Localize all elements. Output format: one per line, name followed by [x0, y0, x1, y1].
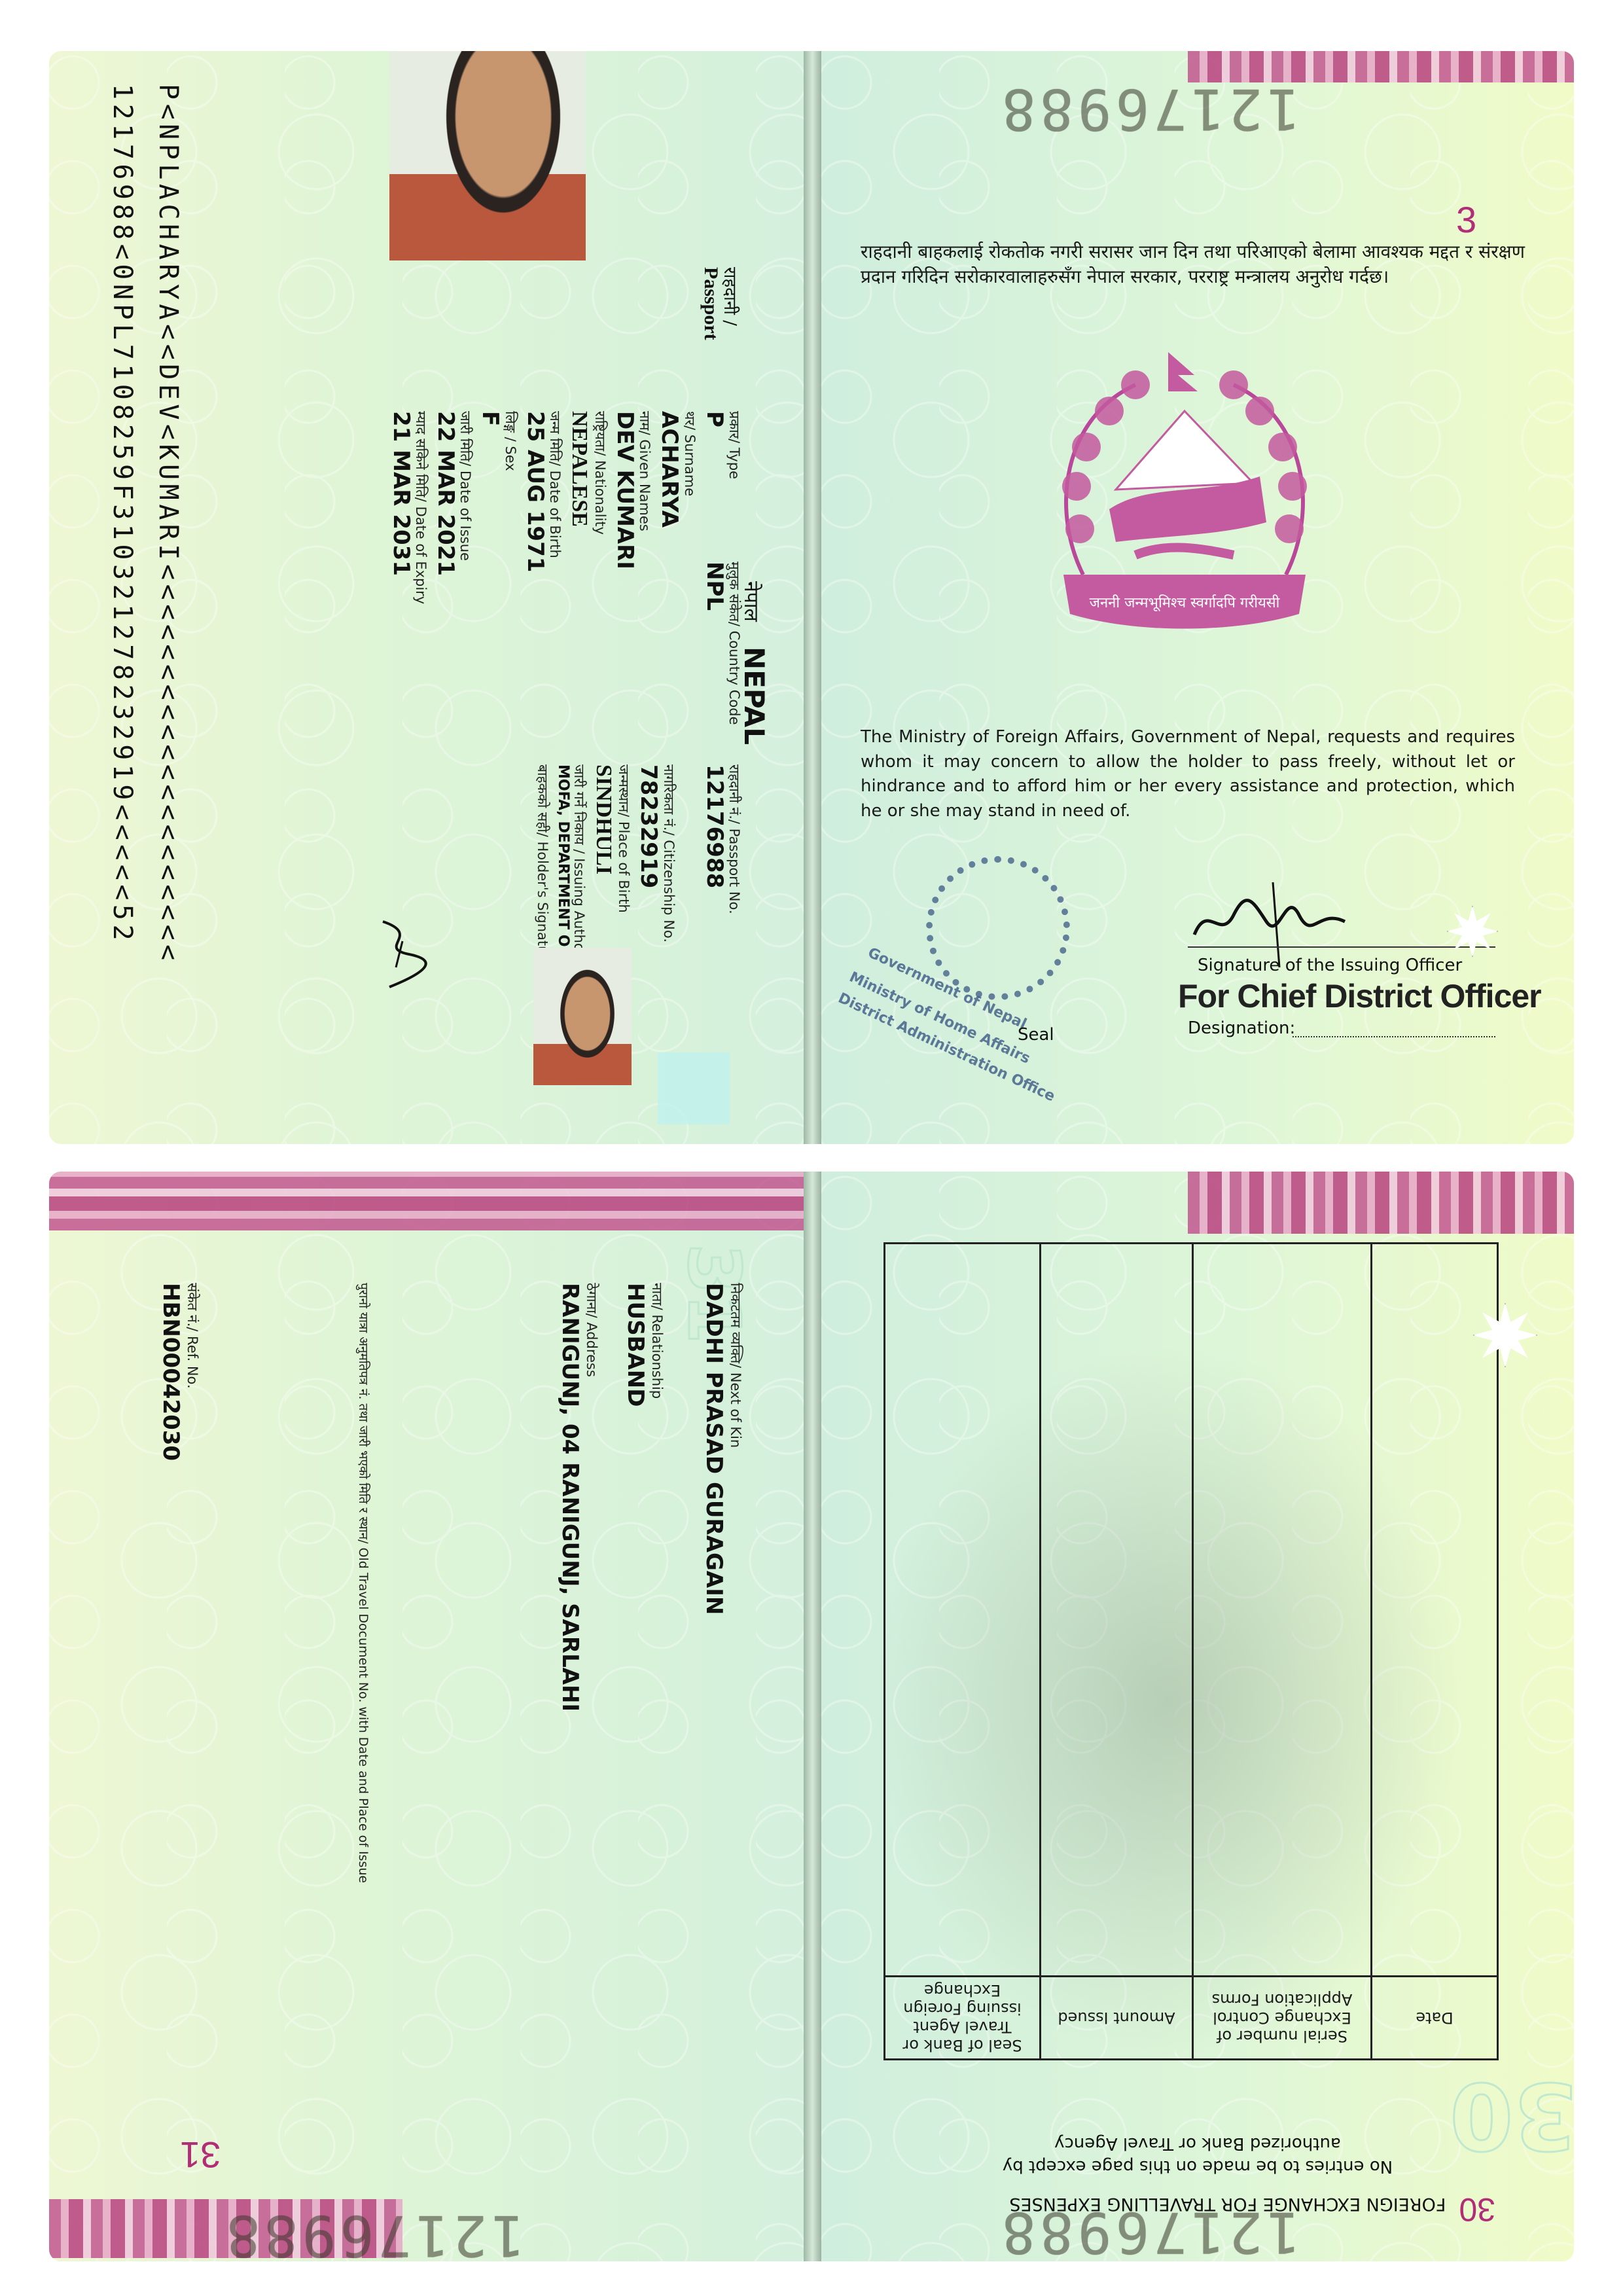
- page-31-content: 31 निकटतम व्यक्ति/ Next of Kin DADHI PRA…: [69, 1230, 776, 2251]
- sex-value: F: [478, 411, 502, 725]
- serial-number-cell[interactable]: [1193, 1244, 1372, 1977]
- col-serial-number: Serial number of Exchange Control Applic…: [1193, 1977, 1372, 2060]
- emblem-motto: जननी जन्मभूमिश्च स्वर्गादपि गरीयसी: [1090, 594, 1280, 612]
- signature-label: Signature of the Issuing Officer: [1198, 956, 1462, 975]
- foreign-exchange-table: Date Serial number of Exchange Control A…: [883, 1242, 1499, 2060]
- national-emblem: जननी जन्मभूमिश्च स्वर्गादपि गरीयसी: [1037, 339, 1332, 640]
- english-request-text: The Ministry of Foreign Affairs, Governm…: [861, 725, 1515, 824]
- ornamental-border: [49, 1172, 807, 1230]
- hologram-flag: [658, 1052, 730, 1124]
- given-names-label: नाम/ Given Names: [637, 411, 652, 725]
- given-names-value: DEV KUMARI: [613, 411, 637, 725]
- expiry-date-label: म्याद सकिने मिति/ Date of Expiry: [413, 411, 428, 725]
- perforated-serial: 12176988: [223, 2202, 525, 2261]
- ref-no-value: HBN00042030: [158, 1283, 183, 1461]
- relationship-label: नाता/ Relationship: [649, 1283, 664, 1399]
- amount-cell[interactable]: [1041, 1244, 1193, 1977]
- entry-notice: No entries to be made on this page excep…: [959, 2132, 1436, 2178]
- next-of-kin-label: निकटतम व्यक्ति/ Next of Kin: [728, 1283, 743, 1448]
- page-3: 12176988 3 राहदानी बाहकलाई रोकतोक नगरी स…: [821, 51, 1574, 1144]
- designation-stamp: For Chief District Officer: [1178, 977, 1541, 1015]
- sex-label: लिङ्ग / Sex: [502, 411, 517, 725]
- holder-signature: [370, 915, 429, 994]
- nationality-label: राष्ट्रियता/ Nationality: [592, 411, 607, 725]
- designation-line: [1293, 1036, 1495, 1037]
- bio-data-page: राहदानी / Passport नेपाल NEPAL प्रकार/ T…: [49, 51, 807, 1144]
- dob-label: जन्म मिति/ Date of Birth: [547, 411, 562, 725]
- mrz-line-1: P<NPLACHARYA<<DEV<KUMARI<<<<<<<<<<<<<<<<…: [153, 84, 183, 965]
- ghost-photo: [533, 948, 632, 1085]
- nationality-value: NEPALESE: [567, 411, 592, 725]
- col-seal: Seal of Bank or Travel Agent issuing For…: [885, 1977, 1041, 2060]
- address-value: RANIGUNJ, 04 RANIGUNJ, SARLAHI: [558, 1283, 582, 1712]
- doc-title: Passport: [700, 267, 722, 340]
- bio-content: राहदानी / Passport नेपाल NEPAL प्रकार/ T…: [69, 71, 776, 1131]
- nepali-request-text: राहदानी बाहकलाई रोकतोक नगरी सरासर जान दि…: [861, 240, 1541, 289]
- address-label: ठेगाना/ Address: [584, 1283, 599, 1377]
- relationship-value: HUSBAND: [623, 1283, 647, 1407]
- fx-table-wrapper: Date Serial number of Exchange Control A…: [883, 1242, 1499, 2060]
- country-nepali: नेपाल: [739, 581, 766, 622]
- dob-value: 25 AUG 1971: [523, 411, 547, 725]
- ref-no-label: संकेत नं./ Ref. No.: [185, 1283, 200, 1389]
- signature-line: [1188, 946, 1495, 948]
- holder-photo: [389, 51, 586, 260]
- field-column-1: प्रकार/ Type P थर/ Surname ACHARYA नाम/ …: [383, 411, 741, 725]
- page-31: 31 निकटतम व्यक्ति/ Next of Kin DADHI PRA…: [49, 1172, 807, 2261]
- perforated-serial: 12176988: [998, 76, 1300, 141]
- designation-label: Designation:: [1188, 1018, 1295, 1038]
- page-number: 3: [1456, 198, 1476, 241]
- star-emblem: [1446, 905, 1499, 958]
- col-date: Date: [1372, 1977, 1498, 2060]
- spine-top: [804, 51, 823, 1144]
- date-cell[interactable]: [1372, 1244, 1498, 1977]
- mrz-line-2: 12176988<0NPL7108259F310321278232919<<<<…: [107, 84, 137, 944]
- surname-value: ACHARYA: [657, 411, 681, 725]
- citizenship-no-value: 78232919: [636, 764, 660, 1105]
- expiry-date-value: 21 MAR 2031: [388, 411, 412, 725]
- spine-bottom: [804, 1172, 823, 2261]
- page-number: 31: [180, 2134, 221, 2176]
- seal-cell[interactable]: [885, 1244, 1041, 1977]
- issue-date-label: जारी मिति/ Date of Issue: [457, 411, 473, 725]
- country-name: NEPAL: [738, 647, 770, 745]
- page-number: 30: [1459, 2191, 1495, 2229]
- col-amount: Amount Issued: [1041, 1977, 1193, 2060]
- old-travel-document-label: पुरानो यात्रा अनुमतिपत्र नं. तथा जारी भए…: [356, 1283, 370, 1883]
- next-of-kin-value: DADHI PRASAD GURAGAIN: [702, 1283, 726, 1615]
- perforated-serial: 12176988: [998, 2199, 1300, 2261]
- star-emblem: [1472, 1302, 1538, 1368]
- issue-date-value: 22 MAR 2021: [433, 411, 457, 725]
- page-30: 30 30 FOREIGN EXCHANGE FOR TRAVELLING EX…: [821, 1172, 1574, 2261]
- country-code-label: मुलुक संकेत/ Country Code: [726, 562, 741, 725]
- surname-label: थर/ Surname: [681, 411, 696, 725]
- country-code-value: NPL: [702, 562, 726, 725]
- doc-title-nepali: राहदानी /: [719, 267, 743, 326]
- country-code-field: मुलुक संकेत/ Country Code NPL: [697, 562, 741, 725]
- official-seal-stamp: [926, 856, 1070, 1000]
- seal-label: Seal: [1018, 1025, 1054, 1045]
